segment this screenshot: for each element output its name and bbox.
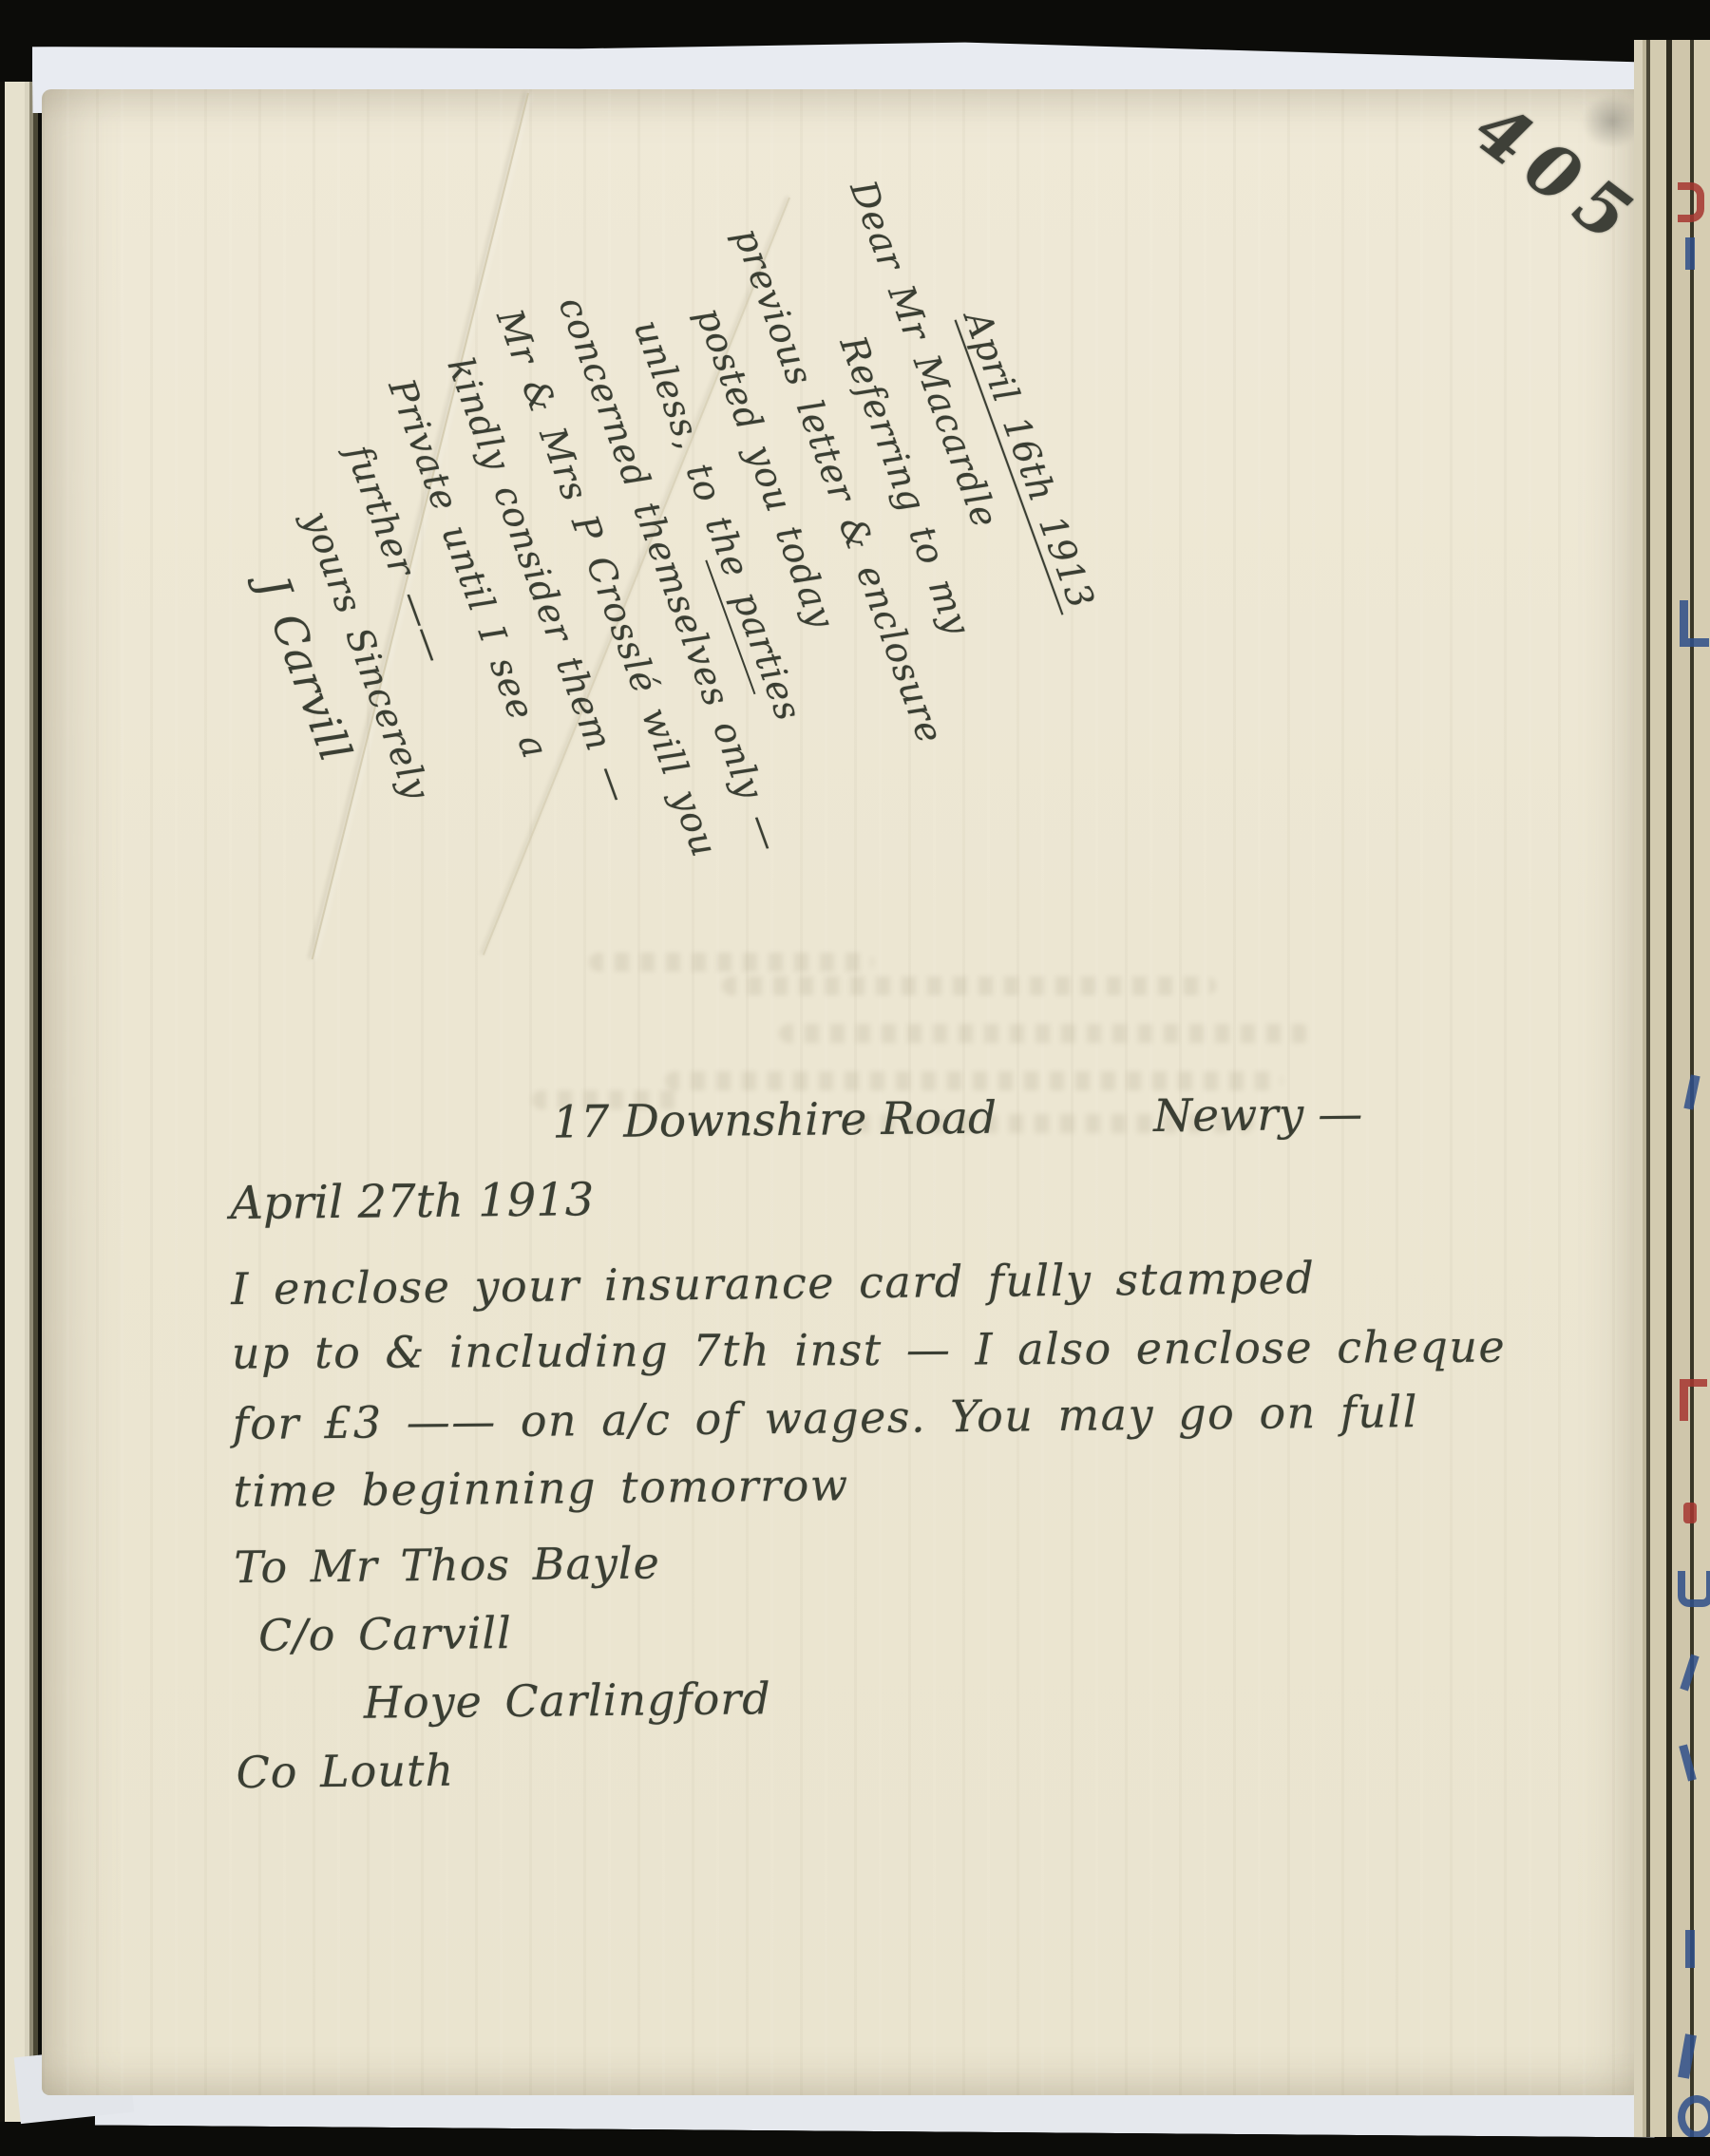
bleed-through-text [722, 976, 1216, 995]
edge-print-fragment [1685, 237, 1695, 270]
recipient-address-block: To Mr Thos Bayle C/o Carvill Hoye Carlin… [234, 1520, 1529, 1806]
edge-print-fragment [1680, 1379, 1707, 1421]
letter-heading: 17 Downshire Road Newry — [552, 1084, 1522, 1153]
previous-page-edge [0, 82, 38, 2122]
recipient-county-line: Co Louth [236, 1725, 1529, 1806]
edge-print-fragment [1678, 1571, 1710, 1607]
letter-body-line: for £3 —— on a/c of wages. You may go on… [232, 1377, 1525, 1458]
edge-print-fragment [1678, 182, 1704, 222]
edge-print-fragment [1683, 1074, 1700, 1109]
letter-body-line: time beginning tomorrow [233, 1445, 1526, 1525]
letter-paragraph: I enclose your insurance card fully stam… [231, 1242, 1526, 1525]
edge-print-fragment [1680, 600, 1709, 647]
edge-print-fragment [1678, 2095, 1710, 2137]
edge-print-fragment [1680, 1655, 1699, 1692]
edge-print-fragment [1683, 1503, 1697, 1523]
letter-body-line: I enclose your insurance card fully stam… [231, 1242, 1524, 1323]
letterbook-page: 405 April 16th 1913 Dear Mr Macardle Ref… [42, 89, 1638, 2095]
letter-date: April 27th 1913 [230, 1162, 1523, 1232]
letter-address: 17 Downshire Road [552, 1089, 997, 1153]
bleed-through-text [589, 953, 874, 972]
handwritten-letter: 17 Downshire Road Newry — April 27th 191… [229, 1084, 1529, 1806]
recipient-place-line: Hoye Carlingford [363, 1656, 1528, 1737]
page-edge-stack [1634, 40, 1710, 2137]
letter-town: Newry — [1153, 1086, 1363, 1146]
edge-print-fragment [1685, 1930, 1695, 1968]
letter-body-line: up to & including 7th inst — I also encl… [232, 1313, 1524, 1387]
recipient-care-of-line: C/o Carvill [258, 1588, 1528, 1670]
bleed-through-text [779, 1024, 1311, 1043]
edge-print-fragment [1679, 1744, 1697, 1781]
diagonal-handwritten-note: April 16th 1913 Dear Mr Macardle Referri… [184, 150, 1158, 1000]
edge-print-fragment [1678, 2033, 1697, 2078]
scanned-letterbook-spread: 405 April 16th 1913 Dear Mr Macardle Ref… [0, 0, 1710, 2156]
